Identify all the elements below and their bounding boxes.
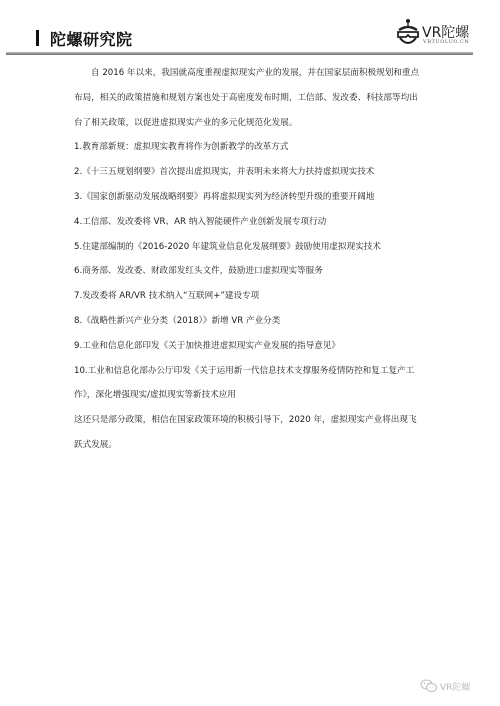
intro-line: 布局，相关的政策措施和规划方案也处于高密度发布时期，工信部、发改委、科技部等均出 <box>74 86 426 111</box>
page-title: 陀螺研究院 <box>50 27 133 50</box>
conclusion-line: 跃式发展。 <box>74 433 426 458</box>
brand-logo: VR陀螺 VRTUOLUO.CN <box>396 18 478 48</box>
title-accent-bar <box>36 30 39 46</box>
policy-item: 8.《战略性新兴产业分类（2018）》新增 VR 产业分类 <box>74 309 426 334</box>
vr-headset-icon <box>396 18 420 48</box>
wechat-icon <box>420 679 438 693</box>
policy-item: 10.工业和信息化部办公厅印发《关于运用新一代信息技术支撑服务疫情防控和复工复产… <box>74 359 426 384</box>
document-body: 自 2016 年以来，我国就高度重视虚拟现实产业的发展，并在国家层面积极规划和重… <box>74 61 426 458</box>
policy-item: 5.住建部编制的《2016-2020 年建筑业信息化发展纲要》鼓励使用虚拟现实技… <box>74 235 426 260</box>
header-divider <box>6 52 473 55</box>
watermark-text: VR陀螺 <box>440 680 470 693</box>
policy-item: 6.商务部、发改委、财政部发红头文件，鼓励进口虚拟现实等服务 <box>74 259 426 284</box>
policy-item: 9.工业和信息化部印发《关于加快推进虚拟现实产业发展的指导意见》 <box>74 334 426 359</box>
policy-item: 7.发改委将 AR/VR 技术纳入“互联网+”建设专项 <box>74 284 426 309</box>
intro-line: 台了相关政策，以促进虚拟现实产业的多元化规范化发展。 <box>74 111 426 136</box>
conclusion-line: 这还只是部分政策，相信在国家政策环境的积极引导下，2020 年，虚拟现实产业将出… <box>74 408 426 433</box>
policy-item: 4.工信部、发改委将 VR、AR 纳入智能硬件产业创新发展专项行动 <box>74 210 426 235</box>
logo-subtext: VRTUOLUO.CN <box>423 39 469 45</box>
intro-line: 自 2016 年以来，我国就高度重视虚拟现实产业的发展，并在国家层面积极规划和重… <box>74 61 426 86</box>
policy-item: 1.教育部新规：虚拟现实教育将作为创新教学的改革方式 <box>74 135 426 160</box>
page-header: 陀螺研究院 VR陀螺 VRTUOLUO.CN <box>0 0 500 58</box>
policy-item: 2.《十三五规划纲要》首次提出虚拟现实，并表明未来将大力扶持虚拟现实技术 <box>74 160 426 185</box>
policy-item-continuation: 作》，深化增强现实/虚拟现实等新技术应用 <box>74 383 426 408</box>
policy-item: 3.《国家创新驱动发展战略纲要》再将虚拟现实列为经济转型升级的重要开阔地 <box>74 185 426 210</box>
